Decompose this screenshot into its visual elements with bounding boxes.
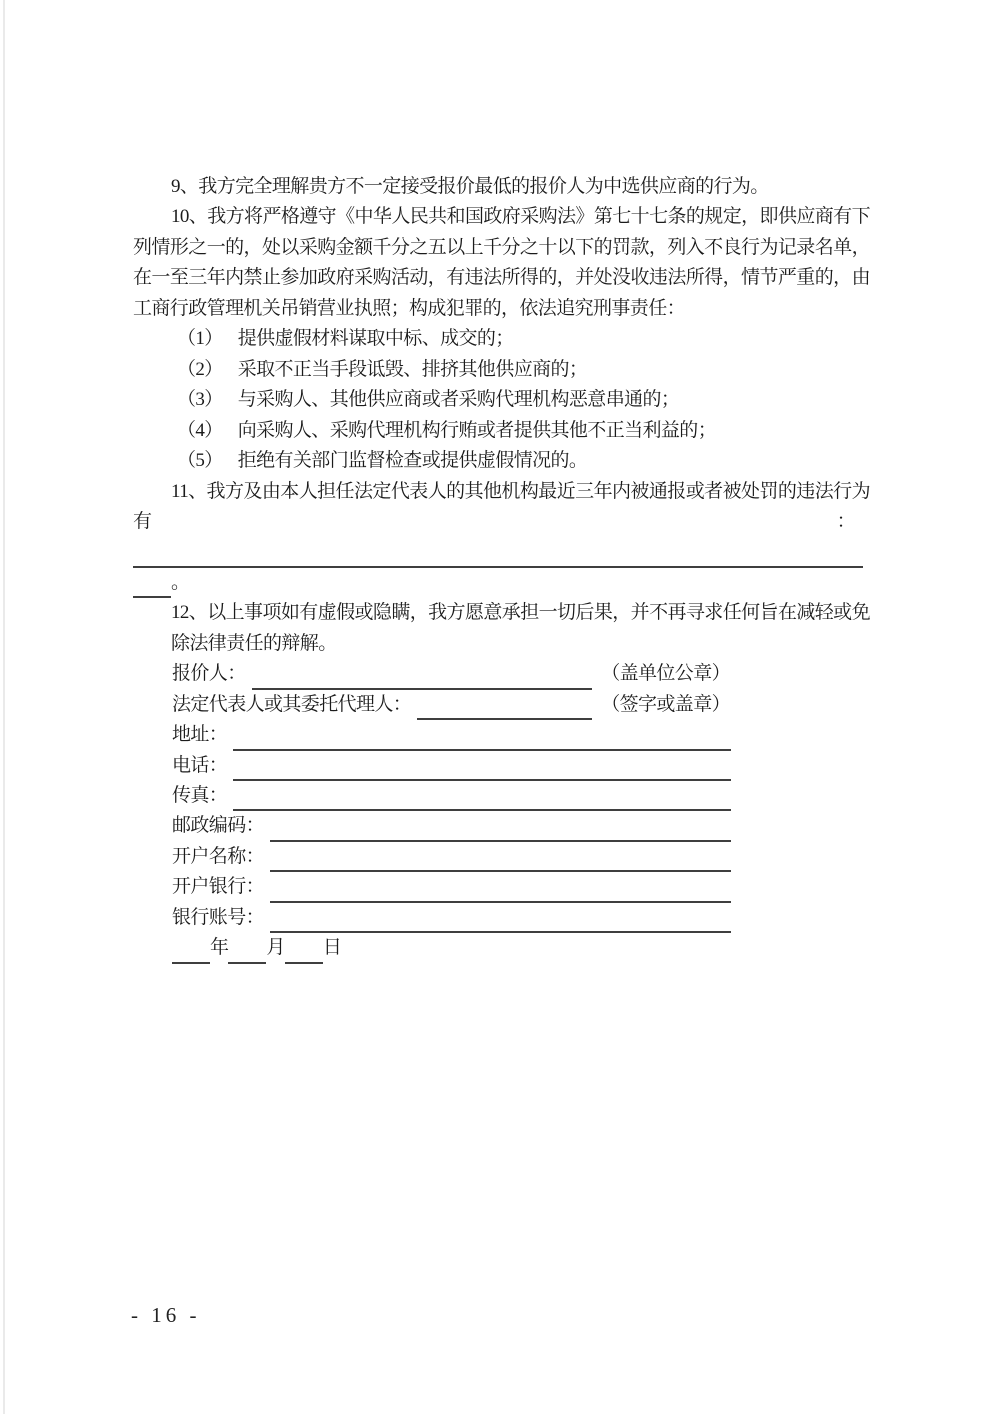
clause-10: 10、我方将严格遵守《中华人民共和国政府采购法》第七十七条的规定，即供应商有下列… xyxy=(133,202,870,324)
representative-label: 法定代表人或其委托代理人： xyxy=(172,690,411,720)
clause-11-colon: ： xyxy=(837,507,855,537)
bidder-stamp-note: （盖单位公章） xyxy=(592,659,730,689)
page-number: - 16 - xyxy=(131,1303,201,1328)
violation-text: 向采购人、采购代理机构行贿或者提供其他不正当利益的； xyxy=(238,420,716,441)
fill-in-blank-short xyxy=(133,574,171,598)
clause-11-period: 。 xyxy=(171,568,189,598)
form-row-date: 年 月 日 xyxy=(133,933,870,963)
day-label: 日 xyxy=(323,933,341,963)
month-label: 月 xyxy=(266,933,284,963)
form-row-account-name: 开户名称： xyxy=(133,842,870,872)
scan-edge-artifact xyxy=(3,0,5,1414)
form-row-phone: 电话： xyxy=(133,751,870,781)
form-row-account-number: 银行账号： xyxy=(133,903,870,933)
month-blank-line xyxy=(228,940,266,964)
account-number-label: 银行账号： xyxy=(172,903,264,933)
fax-blank-line xyxy=(233,787,731,811)
year-blank-line xyxy=(172,940,210,964)
form-row-address: 地址： xyxy=(133,720,870,750)
violation-number: （3） xyxy=(177,385,223,415)
violation-number: （2） xyxy=(177,355,223,385)
form-row-bidder: 报价人： （盖单位公章） xyxy=(133,659,870,689)
account-name-blank-line xyxy=(270,848,731,872)
day-blank-line xyxy=(285,940,323,964)
violation-item-2: （2）采取不正当手段诋毁、排挤其他供应商的； xyxy=(133,355,870,385)
representative-stamp-note: （签字或盖章） xyxy=(592,690,730,720)
bank-label: 开户银行： xyxy=(172,872,264,902)
violation-text: 采取不正当手段诋毁、排挤其他供应商的； xyxy=(238,359,588,380)
clause-11-line1: 11、我方及由本人担任法定代表人的其他机构最近三年内被通报或者被处罚的违法行为 xyxy=(133,477,870,507)
blank-fill-line-end: 。 xyxy=(133,568,870,598)
violation-text: 拒绝有关部门监督检查或提供虚假情况的。 xyxy=(238,450,588,471)
document-page: 9、我方完全理解贵方不一定接受报价最低的报价人为中选供应商的行为。 10、我方将… xyxy=(0,0,1000,1414)
violation-text: 与采购人、其他供应商或者采购代理机构恶意串通的； xyxy=(238,389,680,410)
fax-label: 传真： xyxy=(172,781,227,811)
fill-in-blank-line xyxy=(133,544,863,568)
violation-number: （4） xyxy=(177,416,223,446)
account-name-label: 开户名称： xyxy=(172,842,264,872)
clause-11-line2: 有 ： xyxy=(133,507,870,537)
clause-12: 12、以上事项如有虚假或隐瞒，我方愿意承担一切后果，并不再寻求任何旨在减轻或免除… xyxy=(171,598,870,659)
form-row-fax: 传真： xyxy=(133,781,870,811)
blank-fill-line-full xyxy=(133,537,870,567)
violation-item-4: （4）向采购人、采购代理机构行贿或者提供其他不正当利益的； xyxy=(133,416,870,446)
phone-blank-line xyxy=(233,757,731,781)
year-label: 年 xyxy=(210,933,228,963)
violation-item-1: （1）提供虚假材料谋取中标、成交的； xyxy=(133,324,870,354)
postcode-blank-line xyxy=(270,818,731,842)
clause-11-carry-char: 有 xyxy=(133,507,151,537)
bidder-label: 报价人： xyxy=(172,659,246,689)
bank-blank-line xyxy=(270,879,731,903)
account-number-blank-line xyxy=(270,909,731,933)
violation-number: （5） xyxy=(177,446,223,476)
representative-blank-line xyxy=(417,696,592,720)
postcode-label: 邮政编码： xyxy=(172,811,264,841)
form-row-postcode: 邮政编码： xyxy=(133,811,870,841)
address-blank-line xyxy=(233,727,731,751)
violation-text: 提供虚假材料谋取中标、成交的； xyxy=(238,328,514,349)
address-label: 地址： xyxy=(172,720,227,750)
form-row-representative: 法定代表人或其委托代理人： （签字或盖章） xyxy=(133,690,870,720)
form-row-bank: 开户银行： xyxy=(133,872,870,902)
clause-9: 9、我方完全理解贵方不一定接受报价最低的报价人为中选供应商的行为。 xyxy=(133,172,870,202)
phone-label: 电话： xyxy=(172,751,227,781)
violation-number: （1） xyxy=(177,324,223,354)
violation-item-5: （5）拒绝有关部门监督检查或提供虚假情况的。 xyxy=(133,446,870,476)
document-body: 9、我方完全理解贵方不一定接受报价最低的报价人为中选供应商的行为。 10、我方将… xyxy=(133,172,870,964)
bidder-blank-line xyxy=(252,666,593,690)
violation-item-3: （3）与采购人、其他供应商或者采购代理机构恶意串通的； xyxy=(133,385,870,415)
